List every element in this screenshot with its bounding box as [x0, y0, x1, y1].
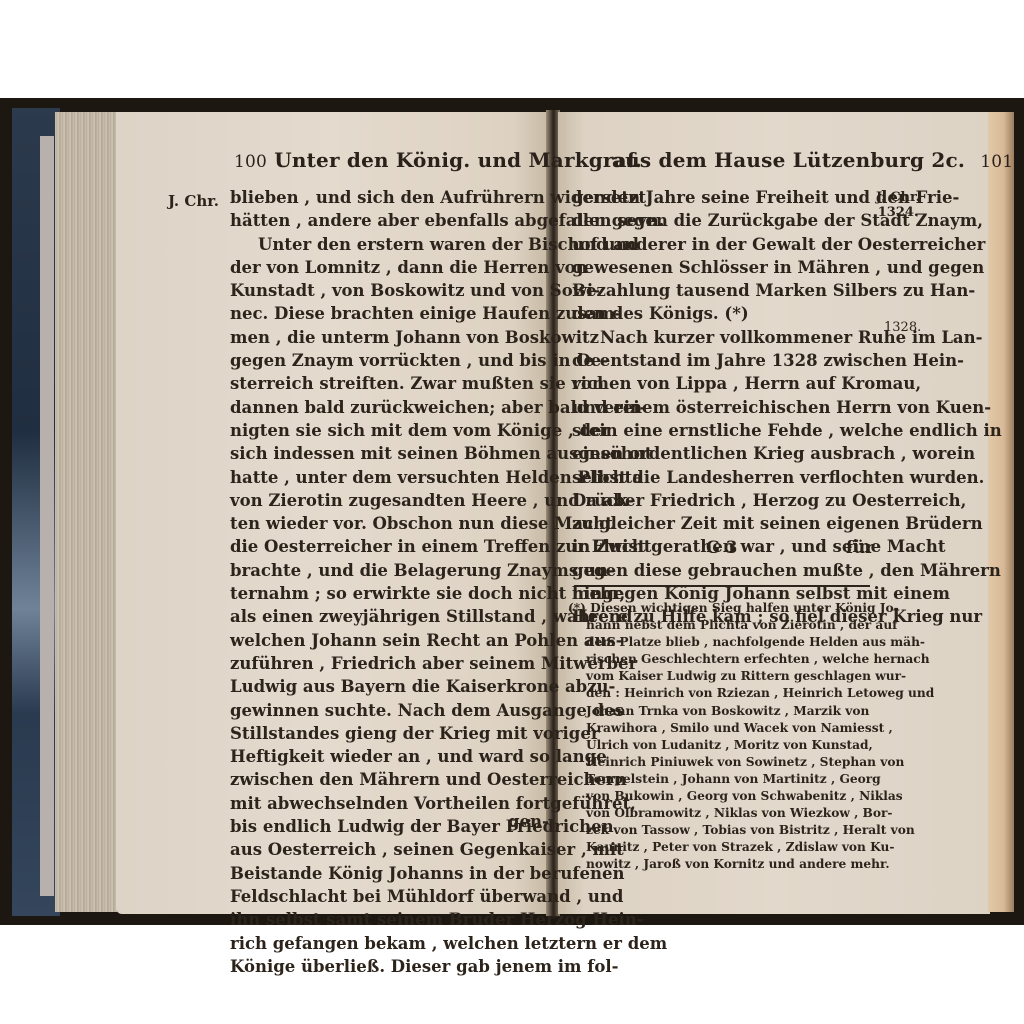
- left-page-number: 100: [234, 152, 267, 172]
- text-line: Nach kurzer vollkommener Ruhe im Lan-: [572, 326, 874, 349]
- text-line: rich gefangen bekam , welchen letztern e…: [230, 932, 530, 955]
- text-line: den des Königs. (*): [572, 302, 874, 325]
- footnote-line: Tempelstein , Johann von Martinitz , Geo…: [586, 771, 866, 788]
- footnote-rule: [574, 585, 870, 587]
- text-line: genden Jahre seine Freiheit und den Frie…: [572, 186, 874, 209]
- right-catchword: für: [846, 538, 874, 557]
- footnote-line: (*) Diesen wichtigen Sieg halfen unter K…: [568, 600, 866, 617]
- left-head-title: Unter den König. und Markgraf.: [274, 148, 642, 172]
- text-line: selbst die Landesherren verflochten wurd…: [572, 466, 874, 489]
- text-line: nec. Diese brachten einige Haufen zusam-: [230, 302, 530, 325]
- text-line: ternahm ; so erwirkte sie doch nicht meh…: [230, 582, 530, 605]
- text-line: Ludwig aus Bayern die Kaiserkrone abzu-: [230, 675, 530, 698]
- text-line: de entstand im Jahre 1328 zwischen Hein-: [572, 349, 874, 372]
- text-line: der von Lomnitz , dann die Herren von: [230, 256, 530, 279]
- text-line: bis endlich Ludwig der Bayer Friedrichen: [230, 815, 530, 838]
- text-line: die Oesterreicher in einem Treffen zur F…: [230, 535, 530, 558]
- text-line: und anderer in der Gewalt der Oesterreic…: [572, 233, 874, 256]
- text-line: gegen diese gebrauchen mußte , den Mähre…: [572, 559, 874, 582]
- text-line: stein eine ernstliche Fehde , welche end…: [572, 419, 874, 442]
- text-line: Feldschlacht bei Mühldorf überwand , und: [230, 885, 530, 908]
- text-line: ihn selbst samt seinem Bruder Herzog Hei…: [230, 908, 530, 931]
- text-line: aus Oesterreich , seinen Gegenkaiser , m…: [230, 838, 530, 861]
- text-line: gewinnen suchte. Nach dem Ausgange des: [230, 699, 530, 722]
- text-line: Könige überließ. Dieser gab jenem im fol…: [230, 955, 530, 978]
- left-catchword: gen-: [508, 812, 549, 831]
- footnote-line: dem Platze blieb , nachfolgende Helden a…: [586, 634, 866, 651]
- text-line: gegen Znaym vorrückten , und bis in Oe-: [230, 349, 530, 372]
- page-edge-right: [988, 112, 1014, 912]
- footnote: (*) Diesen wichtigen Sieg halfen unter K…: [586, 600, 866, 874]
- text-line: von Zierotin zugesandten Heere , und rüc…: [230, 489, 530, 512]
- text-line: Heftigkeit wieder an , und ward so lange: [230, 745, 530, 768]
- text-line: richen von Lippa , Herrn auf Kromau,: [572, 372, 874, 395]
- footnote-line: von Olbramowitz , Niklas von Wiezkow , B…: [586, 805, 866, 822]
- text-line: dannen bald zurückweichen; aber bald ver…: [230, 396, 530, 419]
- text-line: einen ordentlichen Krieg ausbrach , wore…: [572, 442, 874, 465]
- text-line: hätten , andere aber ebenfalls abgefalle…: [230, 209, 530, 232]
- footnote-line: Ulrich von Ludanitz , Moritz von Kunstad…: [586, 737, 866, 754]
- footnote-line: Johann Trnka von Boskowitz , Marzik von: [586, 703, 866, 720]
- text-line: hatte , unter dem versuchten Helden Plic…: [230, 466, 530, 489]
- footnote-line: vom Kaiser Ludwig zu Rittern geschlagen …: [586, 668, 866, 685]
- text-line: nigten sie sich mit dem vom Könige , der: [230, 419, 530, 442]
- text-line: zwischen den Mährern und Oesterreichern: [230, 768, 530, 791]
- text-line: mit abwechselnden Vortheilen fortgeführe…: [230, 792, 530, 815]
- footnote-line: Kaunitz , Peter von Strazek , Zdislaw vo…: [586, 839, 866, 856]
- text-line: Unter den erstern waren der Bischof und: [230, 233, 530, 256]
- right-page-number: 101: [980, 152, 1013, 172]
- book-cover-left: [12, 108, 60, 916]
- text-line: zu gleicher Zeit mit seinen eigenen Brüd…: [572, 512, 874, 535]
- footnote-line: Heinrich Piniuwek von Sowinetz , Stephan…: [586, 754, 866, 771]
- text-line: den gegen die Zurückgabe der Stadt Znaym…: [572, 209, 874, 232]
- left-margin-note: J. Chr.: [168, 194, 219, 209]
- text-line: welchen Johann sein Recht an Pohlen aus-: [230, 629, 530, 652]
- left-body-text: blieben , und sich den Aufrührern widers…: [230, 186, 530, 978]
- page-stack-left: [55, 112, 117, 912]
- signature-mark: G 3: [706, 538, 737, 557]
- text-line: sterreich streiften. Zwar mußten sie von: [230, 372, 530, 395]
- footnote-line: rischen Geschlechtern erfechten , welche…: [586, 651, 866, 668]
- text-line: blieben , und sich den Aufrührern widers…: [230, 186, 530, 209]
- text-line: men , die unterm Johann von Boskowitz: [230, 326, 530, 349]
- text-line: sich indessen mit seinen Böhmen ausgesöh…: [230, 442, 530, 465]
- right-body-text: genden Jahre seine Freiheit und den Frie…: [572, 186, 874, 629]
- right-head-title: aus dem Hause Lützenburg 2c.: [612, 148, 965, 172]
- left-running-head: 100 Unter den König. und Markgraf.: [234, 148, 642, 172]
- footnote-line: den : Heinrich von Rziezan , Heinrich Le…: [586, 685, 866, 702]
- footnote-line: nowitz , Jaroß von Kornitz und andere me…: [586, 856, 866, 873]
- text-line: Kunstadt , von Boskowitz und von Sowi-: [230, 279, 530, 302]
- endpaper: [40, 136, 54, 896]
- text-line: ten wieder vor. Obschon nun diese Macht: [230, 512, 530, 535]
- text-line: Da aber Friedrich , Herzog zu Oesterreic…: [572, 489, 874, 512]
- text-line: Stillstandes gieng der Krieg mit voriger: [230, 722, 530, 745]
- footnote-line: zek von Tassow , Tobias von Bistritz , H…: [586, 822, 866, 839]
- text-line: gewesenen Schlösser in Mähren , und gege…: [572, 256, 874, 279]
- footnote-line: Krawihora , Smilo und Wacek von Namiesst…: [586, 720, 866, 737]
- right-running-head: aus dem Hause Lützenburg 2c. 101: [612, 148, 1013, 172]
- text-line: und einem österreichischen Herrn von Kue…: [572, 396, 874, 419]
- text-line: brachte , und die Belagerung Znayms un-: [230, 559, 530, 582]
- text-line: als einen zweyjährigen Stillstand , währ…: [230, 605, 530, 628]
- footnote-line: hann nebst dem Plichta von Zierotin , de…: [586, 617, 866, 634]
- footnote-line: von Bukowin , Georg von Schwabenitz , Ni…: [586, 788, 866, 805]
- text-line: Beistande König Johanns in der berufenen: [230, 862, 530, 885]
- text-line: Bezahlung tausend Marken Silbers zu Han-: [572, 279, 874, 302]
- text-line: zuführen , Friedrich aber seinem Mitwerb…: [230, 652, 530, 675]
